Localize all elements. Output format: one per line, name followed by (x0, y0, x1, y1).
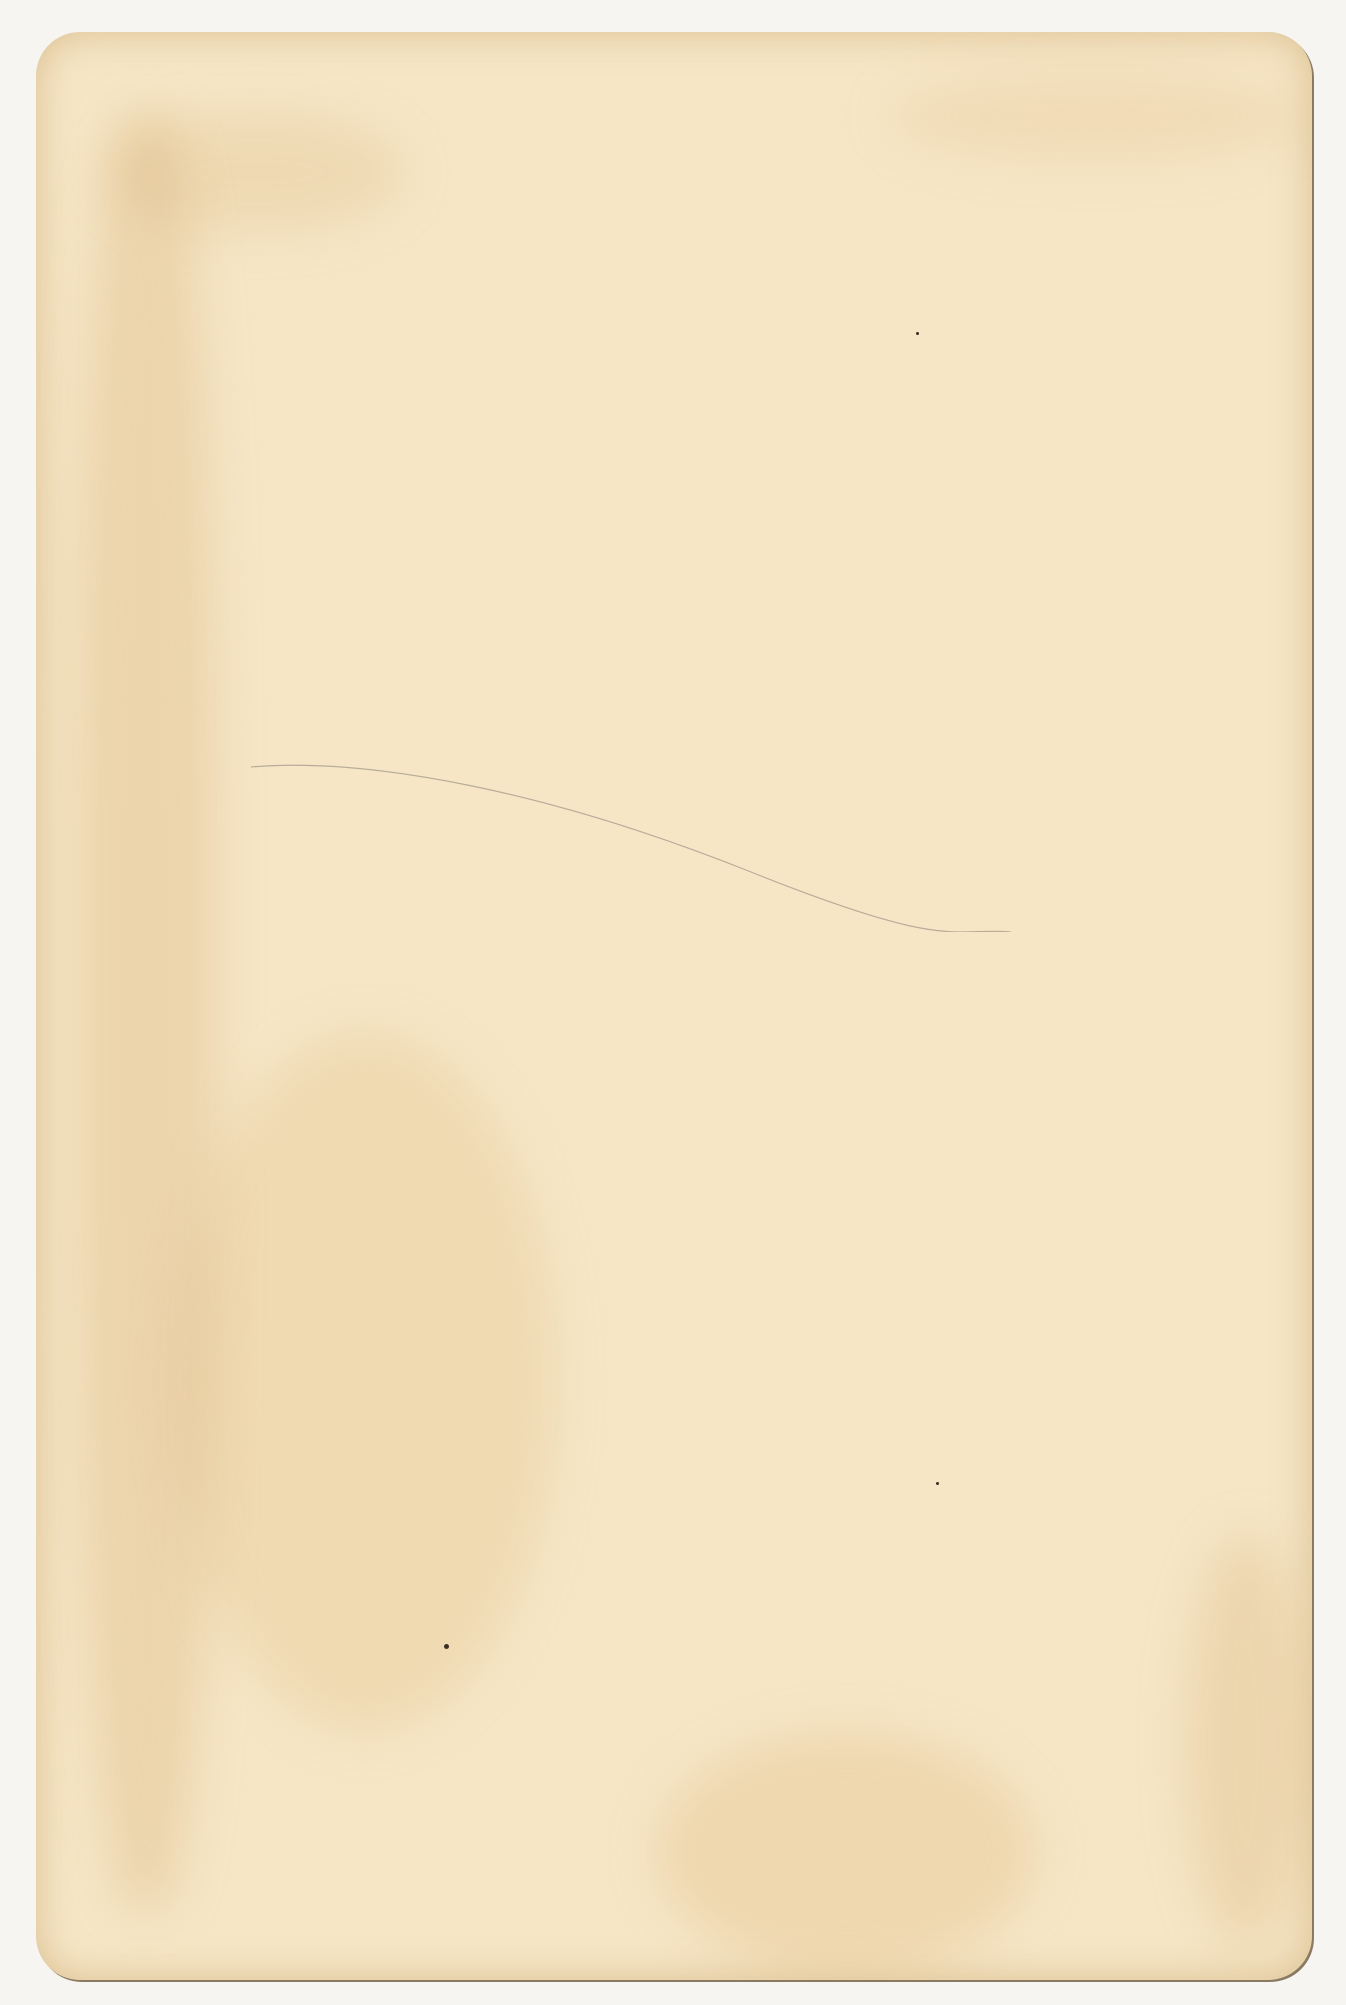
foxing-stain-top (886, 72, 1306, 162)
cabinet-card-back (36, 32, 1312, 1980)
speck (916, 332, 919, 335)
foxing-stain-lower-left (176, 1032, 556, 1732)
foxing-stain-bottom (656, 1732, 1036, 1972)
foxing-stain-left (76, 112, 216, 1912)
foxing-stain-right-edge (1186, 1532, 1306, 1952)
surface-scratch (251, 752, 1011, 932)
foxing-stain-top-left (106, 112, 406, 232)
speck (936, 1482, 939, 1485)
speck (444, 1644, 449, 1649)
